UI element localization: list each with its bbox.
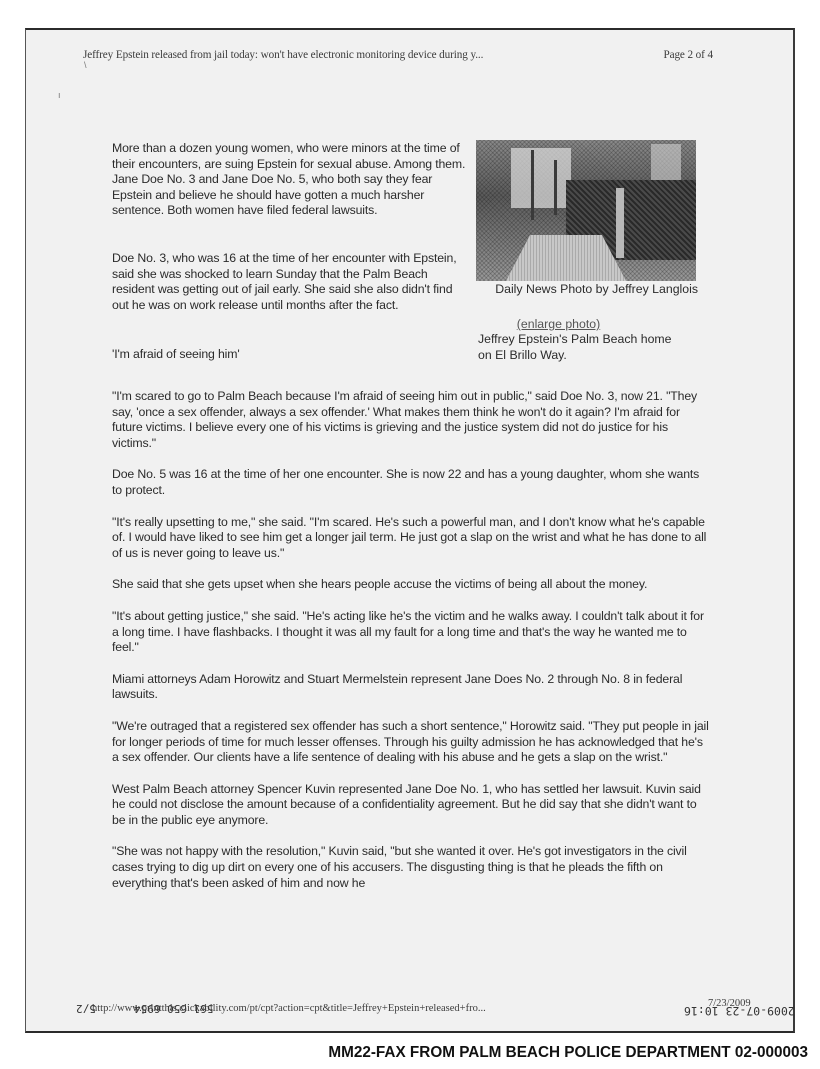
bates-label: MM22-FAX FROM PALM BEACH POLICE DEPARTME…: [328, 1044, 808, 1062]
photo-sky: [511, 148, 571, 208]
paragraph: "It's really upsetting to me," she said.…: [112, 515, 712, 562]
paragraph: "We're outraged that a registered sex of…: [112, 719, 712, 766]
paragraph: "It's about getting justice," she said. …: [112, 609, 712, 656]
article-subheading: 'I'm afraid of seeing him': [112, 347, 412, 363]
article-intro: More than a dozen young women, who were …: [112, 141, 467, 219]
photo-credit: Daily News Photo by Jeffrey Langlois: [476, 282, 698, 298]
photo-pillar: [616, 188, 624, 258]
page-header: Jeffrey Epstein released from jail today…: [83, 49, 713, 61]
house-photo[interactable]: [476, 140, 696, 281]
paragraph: "I'm scared to go to Palm Beach because …: [112, 389, 712, 451]
paragraph: Miami attorneys Adam Horowitz and Stuart…: [112, 672, 712, 703]
subheading: 'I'm afraid of seeing him': [112, 347, 412, 363]
palm-tree: [531, 150, 534, 220]
article-intro-2: Doe No. 3, who was 16 at the time of her…: [112, 251, 470, 313]
paragraph: Doe No. 5 was 16 at the time of her one …: [112, 467, 712, 498]
fax-timestamp: 2009-07-23 10:16: [684, 1004, 795, 1018]
photo-sky: [651, 144, 681, 184]
enlarge-photo-link[interactable]: (enlarge photo): [476, 317, 641, 333]
paragraph: West Palm Beach attorney Spencer Kuvin r…: [112, 782, 712, 829]
scan-speck: ı: [58, 90, 61, 100]
paragraph: More than a dozen young women, who were …: [112, 141, 467, 219]
paragraph: "She was not happy with the resolution,"…: [112, 844, 712, 891]
page-footer: 5/2 561 650 6954 http://www.printthis.cl…: [78, 1000, 768, 1022]
palm-tree: [554, 160, 557, 215]
source-url: http://www.printthis.clickability.com/pt…: [92, 1003, 486, 1014]
scan-speck: \: [84, 60, 87, 70]
paragraph: Doe No. 3, who was 16 at the time of her…: [112, 251, 470, 313]
article-body: "I'm scared to go to Palm Beach because …: [112, 389, 712, 891]
page-indicator: Page 2 of 4: [663, 49, 713, 61]
paragraph: She said that she gets upset when she he…: [112, 577, 712, 593]
article-title: Jeffrey Epstein released from jail today…: [83, 49, 483, 61]
photo-caption: Jeffrey Epstein's Palm Beach home on El …: [478, 332, 678, 363]
